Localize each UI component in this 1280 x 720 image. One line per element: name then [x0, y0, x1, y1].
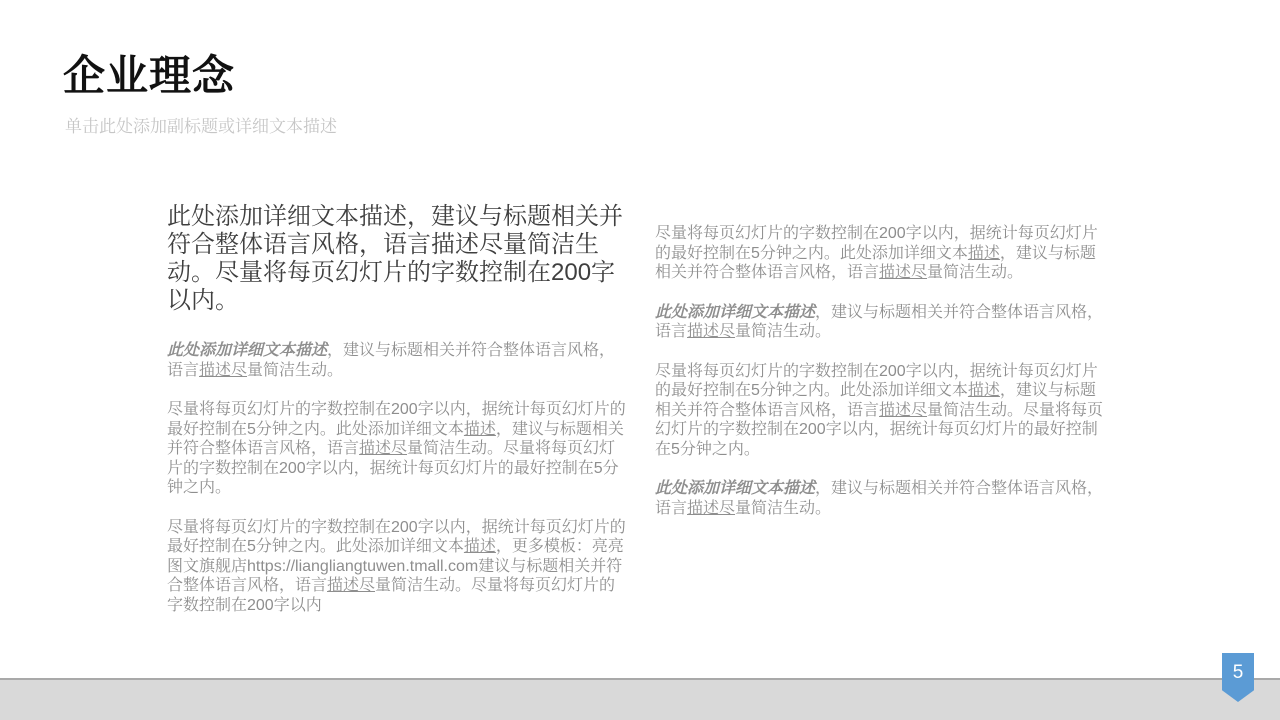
body-paragraph: 尽量将每页幻灯片的字数控制在200字以内，据统计每页幻灯片的最好控制在5分钟之内… — [167, 400, 629, 498]
slide-subtitle: 单击此处添加副标题或详细文本描述 — [65, 116, 337, 138]
body-paragraph: 此处添加详细文本描述，建议与标题相关并符合整体语言风格，语言描述尽量简洁生动。 — [167, 341, 629, 380]
slide-title: 企业理念 — [63, 50, 235, 102]
lead-paragraph: 此处添加详细文本描述，建议与标题相关并符合整体语言风格，语言描述尽量简洁生动。尽… — [167, 203, 629, 315]
page-number: 5 — [1233, 662, 1244, 684]
body-paragraph: 尽量将每页幻灯片的字数控制在200字以内，据统计每页幻灯片的最好控制在5分钟之内… — [655, 362, 1108, 460]
body-paragraph: 此处添加详细文本描述，建议与标题相关并符合整体语言风格，语言描述尽量简洁生动。 — [655, 303, 1108, 342]
right-text-column: 尽量将每页幻灯片的字数控制在200字以内，据统计每页幻灯片的最好控制在5分钟之内… — [655, 224, 1108, 538]
left-text-column: 此处添加详细文本描述，建议与标题相关并符合整体语言风格，语言描述尽量简洁生动。尽… — [167, 203, 629, 635]
presentation-slide: 企业理念 单击此处添加副标题或详细文本描述 此处添加详细文本描述，建议与标题相关… — [0, 0, 1280, 720]
footer-bar — [0, 678, 1280, 720]
body-paragraph: 此处添加详细文本描述，建议与标题相关并符合整体语言风格，语言描述尽量简洁生动。 — [655, 479, 1108, 518]
body-paragraph: 尽量将每页幻灯片的字数控制在200字以内，据统计每页幻灯片的最好控制在5分钟之内… — [655, 224, 1108, 283]
body-paragraph: 尽量将每页幻灯片的字数控制在200字以内，据统计每页幻灯片的最好控制在5分钟之内… — [167, 518, 629, 616]
